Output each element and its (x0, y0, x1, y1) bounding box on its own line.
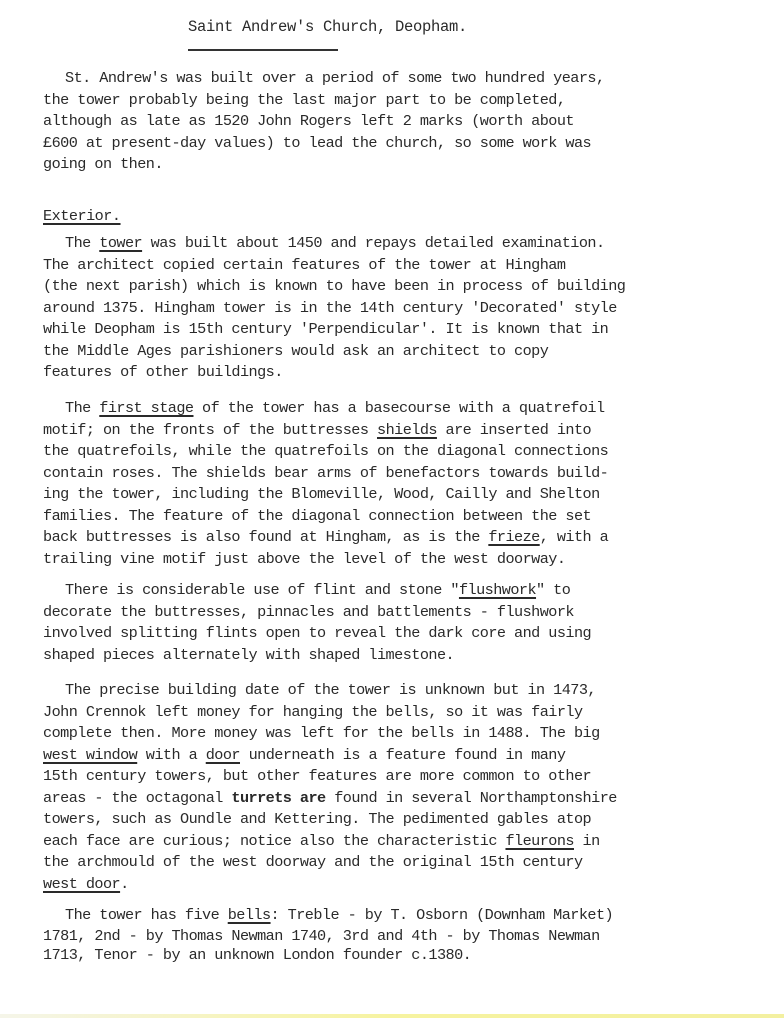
paragraph-tower: The tower was built about 1450 and repay… (43, 233, 773, 384)
text-line: around 1375. Hingham tower is in the 14t… (43, 298, 773, 320)
text-line: complete then. More money was left for t… (43, 723, 773, 745)
underlined-term: door (206, 746, 240, 764)
text: The (65, 234, 99, 252)
title-underline (188, 49, 338, 51)
text-line: The tower has five bells: Treble - by T.… (43, 905, 773, 927)
text-line: involved splitting flints open to reveal… (43, 623, 773, 645)
paragraph-bells: The tower has five bells: Treble - by T.… (43, 905, 773, 965)
text: found in several Northamptonshire (326, 789, 617, 807)
document-title: Saint Andrew's Church, Deopham. (188, 18, 467, 36)
text-line: The precise building date of the tower i… (43, 680, 773, 702)
text-line: each face are curious; notice also the c… (43, 831, 773, 853)
text-line: going on then. (43, 154, 773, 176)
text-line: 1781, 2nd - by Thomas Newman 1740, 3rd a… (43, 927, 773, 946)
text-line: decorate the buttresses, pinnacles and b… (43, 602, 773, 624)
text-line: towers, such as Oundle and Kettering. Th… (43, 809, 773, 831)
intro-paragraph: St. Andrew's was built over a period of … (43, 68, 773, 176)
text: underneath is a feature found in many (240, 746, 565, 764)
text: The (65, 399, 99, 417)
text: areas - the octagonal (43, 789, 231, 807)
text-line: £600 at present-day values) to lead the … (43, 133, 773, 155)
text: . (120, 875, 129, 893)
text-line: contain roses. The shields bear arms of … (43, 463, 773, 485)
underlined-term: first stage (99, 399, 193, 417)
text-line: while Deopham is 15th century 'Perpendic… (43, 319, 773, 341)
text-line: trailing vine motif just above the level… (43, 549, 773, 571)
text-line: back buttresses is also found at Hingham… (43, 527, 773, 549)
text-line: St. Andrew's was built over a period of … (43, 68, 773, 90)
underlined-term: west window (43, 746, 137, 764)
text: The tower has five (65, 906, 228, 924)
text: " to (536, 581, 570, 599)
text-line: although as late as 1520 John Rogers lef… (43, 111, 773, 133)
paragraph-building-date: The precise building date of the tower i… (43, 680, 773, 895)
text-line: 1713, Tenor - by an unknown London found… (43, 946, 773, 965)
text: was built about 1450 and repays detailed… (142, 234, 604, 252)
text: , with a (540, 528, 609, 546)
text-line: shaped pieces alternately with shaped li… (43, 645, 773, 667)
bold-text: turrets are (231, 789, 325, 807)
text-line: (the next parish) which is known to have… (43, 276, 773, 298)
underlined-term: bells (228, 906, 271, 924)
section-heading-exterior: Exterior. (43, 207, 121, 225)
text: in (574, 832, 600, 850)
underlined-term: fleurons (505, 832, 574, 850)
text-line: the Middle Ages parishioners would ask a… (43, 341, 773, 363)
paragraph-flushwork: There is considerable use of flint and s… (43, 580, 773, 666)
text-line: motif; on the fronts of the buttresses s… (43, 420, 773, 442)
text-line: the archmould of the west doorway and th… (43, 852, 773, 874)
text-line: The tower was built about 1450 and repay… (43, 233, 773, 255)
underlined-term: shields (377, 421, 437, 439)
text-line: features of other buildings. (43, 362, 773, 384)
text-line: The architect copied certain features of… (43, 255, 773, 277)
scanned-page: Saint Andrew's Church, Deopham. St. Andr… (0, 0, 784, 1024)
underlined-term: flushwork (459, 581, 536, 599)
text-line: families. The feature of the diagonal co… (43, 506, 773, 528)
text: motif; on the fronts of the buttresses (43, 421, 377, 439)
underlined-term: tower (99, 234, 142, 252)
text-line: the quatrefoils, while the quatrefoils o… (43, 441, 773, 463)
text-line: ing the tower, including the Blomeville,… (43, 484, 773, 506)
text: : Treble - by T. Osborn (Downham Market) (271, 906, 614, 924)
text-line: west window with a door underneath is a … (43, 745, 773, 767)
text-line: west door. (43, 874, 773, 896)
text-line: John Crennok left money for hanging the … (43, 702, 773, 724)
text: with a (137, 746, 206, 764)
text-line: the tower probably being the last major … (43, 90, 773, 112)
text: are inserted into (437, 421, 591, 439)
text: of the tower has a basecourse with a qua… (193, 399, 604, 417)
underlined-term: frieze (488, 528, 539, 546)
text-line: 15th century towers, but other features … (43, 766, 773, 788)
text-line: The first stage of the tower has a basec… (43, 398, 773, 420)
page-edge (0, 1014, 784, 1018)
text: back buttresses is also found at Hingham… (43, 528, 488, 546)
paragraph-first-stage: The first stage of the tower has a basec… (43, 398, 773, 570)
text-line: There is considerable use of flint and s… (43, 580, 773, 602)
text-line: areas - the octagonal turrets are found … (43, 788, 773, 810)
underlined-term: west door (43, 875, 120, 893)
text: each face are curious; notice also the c… (43, 832, 505, 850)
text: There is considerable use of flint and s… (65, 581, 459, 599)
